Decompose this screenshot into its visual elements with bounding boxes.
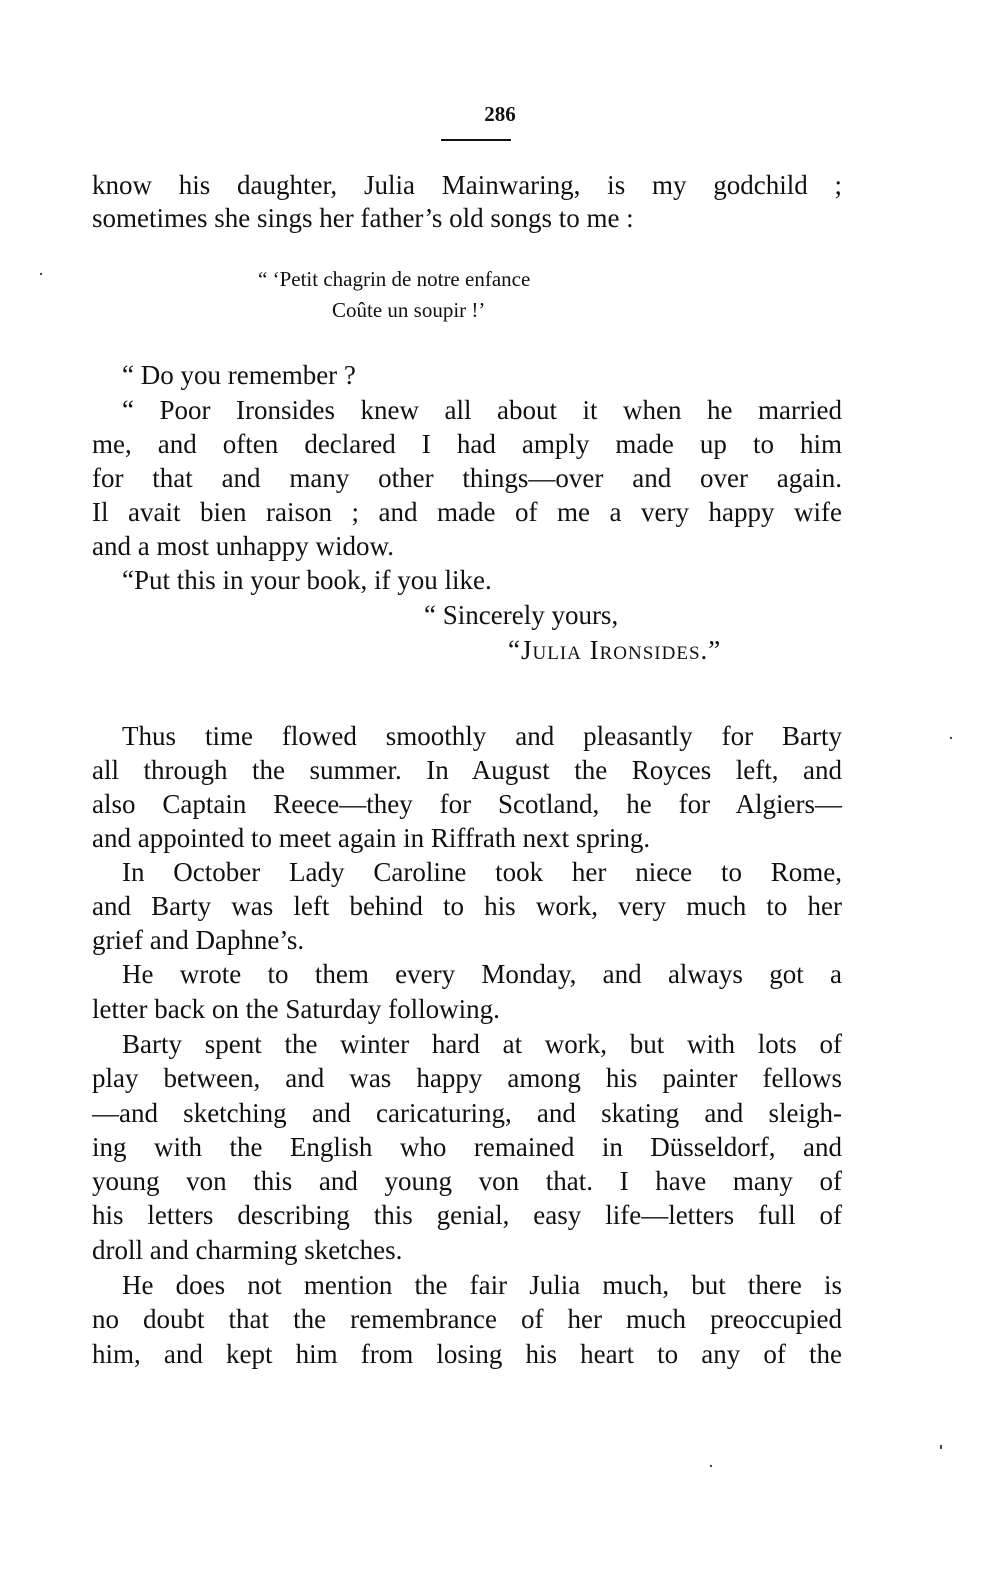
text-line: young von this and young von that. I hav… — [92, 1164, 842, 1198]
text-line: grief and Daphne’s. — [92, 923, 842, 957]
text-line: Thus time flowed smoothly and pleasantly… — [92, 719, 842, 753]
scan-speck — [950, 737, 952, 739]
text-line: all through the summer. In August the Ro… — [92, 753, 842, 787]
text-line: and Barty was left behind to his work, v… — [92, 889, 842, 923]
text-line: me, and often declared I had amply made … — [92, 427, 842, 461]
text-line: —and sketching and caricaturing, and ska… — [92, 1096, 842, 1130]
text-line: In October Lady Caroline took her niece … — [92, 855, 842, 889]
scan-speck — [40, 273, 42, 275]
text-line: no doubt that the remembrance of her muc… — [92, 1302, 842, 1336]
text-line: sometimes she sings her father’s old son… — [92, 201, 842, 235]
text-line: also Captain Reece—they for Scotland, he… — [92, 787, 842, 821]
book-page: 286 know his daughter, Julia Mainwaring,… — [0, 0, 1000, 1591]
text-line: and a most unhappy widow. — [92, 529, 842, 563]
text-line: know his daughter, Julia Mainwaring, is … — [92, 168, 842, 202]
signature: “Julia Ironsides.” — [508, 633, 721, 667]
text-line: “ Poor Ironsides knew all about it when … — [92, 393, 842, 427]
closing-line: “ Sincerely yours, — [424, 598, 618, 632]
text-line: play between, and was happy among his pa… — [92, 1061, 842, 1095]
text-line: “Put this in your book, if you like. — [92, 563, 842, 597]
text-line: his letters describing this genial, easy… — [92, 1198, 842, 1232]
text-line: for that and many other things—over and … — [92, 461, 842, 495]
text-line: Il avait bien raison ; and made of me a … — [92, 495, 842, 529]
text-line: droll and charming sketches. — [92, 1233, 842, 1267]
text-line: ing with the English who remained in Düs… — [92, 1130, 842, 1164]
scan-speck — [940, 1445, 942, 1449]
text-line: “ Do you remember ? — [92, 358, 842, 392]
scan-speck — [710, 1465, 712, 1467]
text-line: Barty spent the winter hard at work, but… — [92, 1027, 842, 1061]
text-line: and appointed to meet again in Riffrath … — [92, 821, 842, 855]
text-line: letter back on the Saturday following. — [92, 992, 842, 1026]
text-line: He does not mention the fair Julia much,… — [92, 1268, 842, 1302]
text-line: He wrote to them every Monday, and alway… — [92, 957, 842, 991]
text-line: him, and kept him from losing his heart … — [92, 1337, 842, 1371]
verse-line: “ ‘Petit chagrin de notre enfance — [258, 266, 530, 292]
page-number: 286 — [0, 102, 1000, 127]
verse-line: Coûte un soupir !’ — [332, 297, 485, 323]
header-rule — [441, 139, 511, 141]
